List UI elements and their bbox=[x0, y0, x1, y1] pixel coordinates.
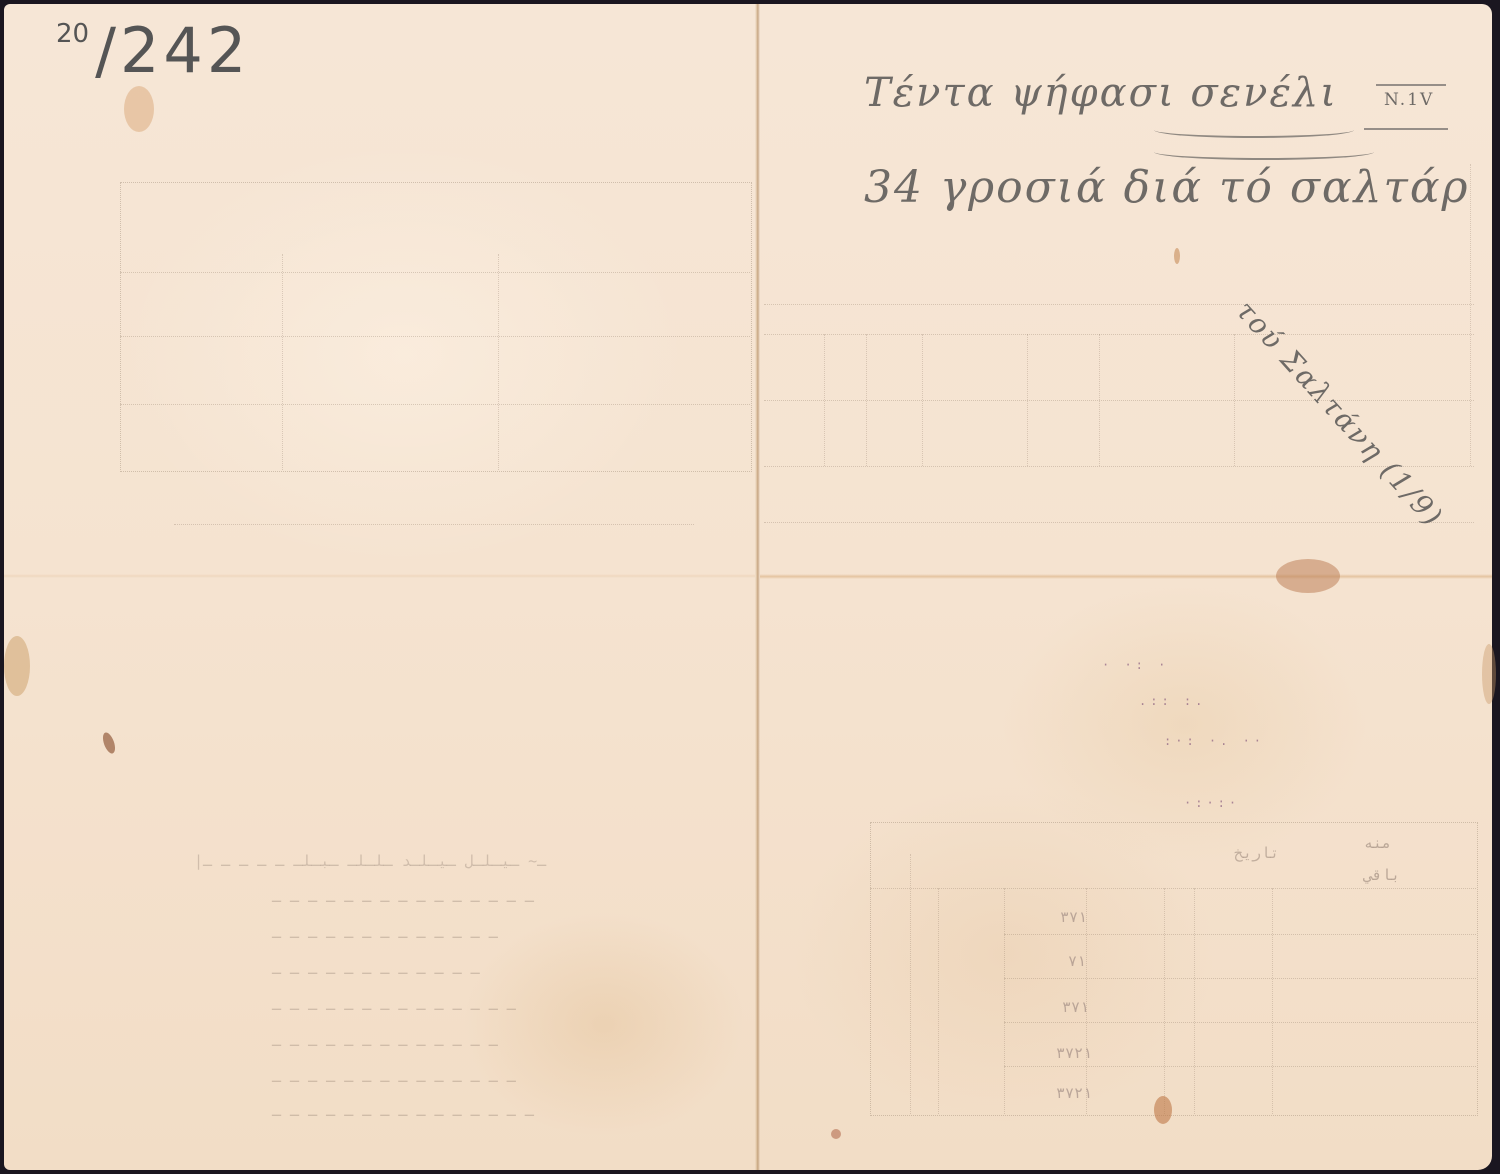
faint-table-value: ٣٧١ bbox=[1062, 998, 1089, 1016]
stain bbox=[101, 731, 118, 755]
right-lower-table-row-line bbox=[1004, 1022, 1476, 1023]
pencil-note-line-3-rotated: τού Σαλτάνη (1/9) bbox=[1229, 294, 1449, 534]
faint-header: تاريخ bbox=[1234, 844, 1279, 862]
pencil-note-tag: N.1V bbox=[1384, 90, 1434, 110]
faded-stamp-dots: :·: ·. ·· bbox=[1164, 734, 1265, 748]
right-lower-table-col-line bbox=[1164, 888, 1165, 1114]
stain bbox=[1482, 644, 1496, 704]
catalog-number-value: /242 bbox=[95, 14, 250, 87]
tag-overline bbox=[1376, 84, 1446, 86]
faint-table-value: ٣٧٢١ bbox=[1056, 1044, 1092, 1062]
right-lower-table-col-line bbox=[910, 854, 911, 1114]
faint-header: منه bbox=[1364, 834, 1391, 852]
pencil-note-line-1: Τέντα ψήφασι σενέλι bbox=[864, 70, 1338, 116]
stain bbox=[124, 86, 154, 132]
right-lower-table-row-line bbox=[1004, 1066, 1476, 1067]
faded-stamp-dots: .:: :. bbox=[1139, 694, 1206, 708]
faded-stamp-dots: · ·: · bbox=[1102, 658, 1169, 672]
right-table-row-line bbox=[764, 400, 1474, 401]
document-sheet: 20/242 |ـ~ ـيـلـل ـيـلـد ـلـلـ ـبـلـ ـ ـ… bbox=[4, 4, 1492, 1170]
vertical-fold-line bbox=[755, 4, 760, 1170]
wavy-underline bbox=[1154, 122, 1354, 138]
right-table-col-line bbox=[1099, 334, 1100, 466]
left-showthrough-line: ـ ـ ـ ـ ـ ـ ـ ـ ـ ـ ـ ـ ـ ـ ـ bbox=[272, 888, 534, 906]
left-signature-line bbox=[174, 524, 694, 525]
right-table-row-line bbox=[764, 334, 1474, 335]
right-lower-table-row-line bbox=[1004, 934, 1476, 935]
faint-table-value: ٧١ bbox=[1068, 952, 1086, 970]
left-showthrough-line: |ـ~ ـيـلـل ـيـلـد ـلـلـ ـبـلـ ـ ـ ـ ـ ـ bbox=[194, 852, 546, 870]
right-table-col-line bbox=[1470, 164, 1471, 466]
left-showthrough-line: ـ ـ ـ ـ ـ ـ ـ ـ ـ ـ ـ ـ ـ bbox=[272, 1032, 498, 1050]
tag-underline bbox=[1364, 128, 1448, 130]
right-table-row-line bbox=[764, 304, 1474, 305]
right-table-col-line bbox=[824, 334, 825, 466]
wavy-underline-2 bbox=[1154, 144, 1374, 160]
left-showthrough-line: ـ ـ ـ ـ ـ ـ ـ ـ ـ ـ ـ ـ bbox=[272, 960, 480, 978]
stain bbox=[4, 636, 30, 696]
right-lower-table-col-line bbox=[938, 888, 939, 1114]
right-table-col-line bbox=[866, 334, 867, 466]
horizontal-fold-line-right bbox=[760, 574, 1492, 579]
faded-stamp-dots: ·:·:· bbox=[1184, 796, 1240, 810]
right-lower-table-col-line bbox=[1004, 888, 1005, 1114]
left-showthrough-line: ـ ـ ـ ـ ـ ـ ـ ـ ـ ـ ـ ـ ـ ـ bbox=[272, 1068, 516, 1086]
left-table-col-line bbox=[282, 254, 283, 470]
right-table-col-line bbox=[1027, 334, 1028, 466]
right-signature-line bbox=[764, 522, 1474, 523]
left-showthrough-line: ـ ـ ـ ـ ـ ـ ـ ـ ـ ـ ـ ـ ـ ـ bbox=[272, 996, 516, 1014]
left-table-col-line bbox=[498, 254, 499, 470]
left-table-row-line bbox=[120, 272, 750, 273]
faint-header: باقي bbox=[1364, 866, 1400, 884]
right-table-col-line bbox=[1234, 334, 1235, 466]
right-table-col-line bbox=[922, 334, 923, 466]
right-lower-table-col-line bbox=[1194, 888, 1195, 1114]
left-showthrough-line: ـ ـ ـ ـ ـ ـ ـ ـ ـ ـ ـ ـ ـ bbox=[272, 924, 498, 942]
right-lower-table-col-line bbox=[1272, 888, 1273, 1114]
left-table-row-line bbox=[120, 336, 750, 337]
faint-table-value: ٣٧٢١ bbox=[1056, 1084, 1092, 1102]
catalog-number: 20/242 bbox=[56, 14, 250, 87]
right-lower-table-row-line bbox=[1004, 978, 1476, 979]
faint-table-value: ٣٧١ bbox=[1060, 908, 1087, 926]
horizontal-fold-line-left bbox=[4, 574, 755, 578]
stain bbox=[1174, 248, 1180, 264]
right-lower-table-header-line bbox=[870, 888, 1476, 889]
pencil-note-line-2: 34 γροσιά διά τό σαλτάρ bbox=[864, 162, 1469, 213]
stain bbox=[831, 1129, 841, 1139]
left-faint-table bbox=[120, 182, 752, 472]
left-table-row-line bbox=[120, 404, 750, 405]
stain bbox=[1276, 559, 1340, 593]
catalog-prefix: 20 bbox=[56, 19, 89, 49]
left-showthrough-line: ـ ـ ـ ـ ـ ـ ـ ـ ـ ـ ـ ـ ـ ـ ـ bbox=[272, 1102, 534, 1120]
stain bbox=[1154, 1096, 1172, 1124]
